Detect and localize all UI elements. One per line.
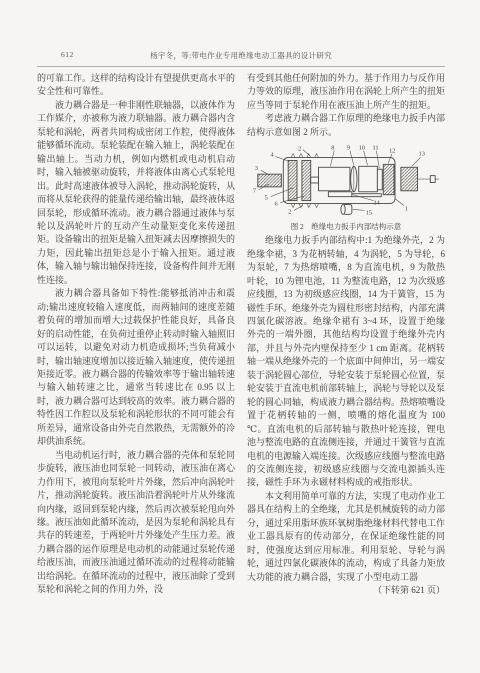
- figure-callout: 5: [265, 195, 268, 202]
- left-column: 的可靠工作。这样的结构设计有望提供更高水平的安全性和可靠性。 液力耦合器是一种非…: [37, 72, 235, 598]
- paragraph: 有受到其他任何附加的外力。基于作用力与反作用力等效的原理，液压油作用在涡轮上所产…: [247, 72, 445, 112]
- battery: [359, 167, 378, 192]
- reed-lead: [352, 194, 381, 197]
- figure-callout: 3: [255, 165, 258, 172]
- figure-callout: 14: [373, 200, 380, 207]
- figure-2: 2 4 3 7 5 6 2 8 9 10 11 12 13 14 15 1: [247, 142, 445, 232]
- reed-switch: [328, 192, 352, 197]
- primary-coil: [401, 168, 418, 192]
- figure-callout: 13: [419, 151, 425, 158]
- dc-motor: [319, 168, 350, 192]
- running-title: 杨宇冬，等:带电作业专用绝缘电动工器具的设计研究: [37, 50, 445, 61]
- figure-callout: 8: [331, 145, 334, 152]
- figure-callout: 2: [298, 146, 301, 153]
- figure-callout: 15: [366, 210, 372, 217]
- figure-callout: 12: [389, 148, 395, 155]
- paragraph: 本文利用简单可靠的方法，实现了电动作业工器具在结构上的全绝缘，尤其是机械旋转的动…: [247, 490, 445, 584]
- spline-shaft: [258, 174, 282, 187]
- figure-callout: 10: [359, 145, 365, 152]
- paragraph: 当电动机运行时，液力耦合器的壳体和泵轮同步旋转，液压油也同泵轮一同转动，液压油在…: [37, 449, 235, 597]
- figure-callout: 7: [253, 188, 256, 195]
- figure-caption: 图 2 绝缘电力扳手内部结构示意: [247, 221, 445, 232]
- right-column: 有受到其他任何附加的外力。基于作用力与反作用力等效的原理，液压油作用在涡轮上所产…: [247, 72, 445, 598]
- turbine-disc: [288, 161, 297, 201]
- paragraph: 的可靠工作。这样的结构设计有望提供更高水平的安全性和可靠性。: [37, 72, 235, 99]
- figure-callout: 4: [271, 152, 275, 159]
- paragraph: 考虑液力耦合器工作原理的绝缘电力扳手内部结构示意如图 2 所示。: [247, 112, 445, 139]
- figure-callout: 1: [405, 206, 408, 213]
- body-columns: 的可靠工作。这样的结构设计有望提供更高水平的安全性和可靠性。 液力耦合器是一种非…: [37, 72, 446, 598]
- figure-callout: 9: [347, 145, 350, 152]
- pump-disc: [302, 161, 311, 201]
- coupling-link: [311, 177, 319, 183]
- rectifier: [377, 170, 382, 191]
- secondary-coil: [383, 165, 394, 195]
- paragraph: 液力耦合器具备如下特性:能够抵消冲击和震动;输出速度较输入速度低，而两轴间的速度…: [37, 287, 235, 448]
- paper-page: 612 杨宇冬，等:带电作业专用绝缘电动工器具的设计研究 的可靠工作。这样的结构…: [0, 0, 480, 673]
- figure-callout: 2: [288, 209, 291, 216]
- figure-2-diagram: 2 4 3 7 5 6 2 8 9 10 11 12 13 14 15 1: [248, 142, 444, 220]
- paragraph: 液力耦合器是一种非刚性联轴器，以液体作为工作媒介，亦被称为液力联轴器。液力耦合器…: [37, 99, 235, 287]
- shed-fins-bottom: [291, 204, 318, 208]
- magnetic-ring-face: [341, 205, 345, 215]
- page-header: 612 杨宇冬，等:带电作业专用绝缘电动工器具的设计研究: [37, 47, 445, 67]
- figure-callout: 11: [372, 145, 378, 152]
- continuation-note: （下转第 621 页）: [247, 584, 445, 597]
- figure-callout: 6: [274, 201, 277, 208]
- paragraph: 绝缘电力扳手内部结构中:1 为绝缘外壳，2 为绝缘伞裙，3 为花柄转轴，4 为涡…: [247, 234, 445, 490]
- power-plug: [430, 176, 435, 183]
- shed-fins-top: [291, 154, 318, 158]
